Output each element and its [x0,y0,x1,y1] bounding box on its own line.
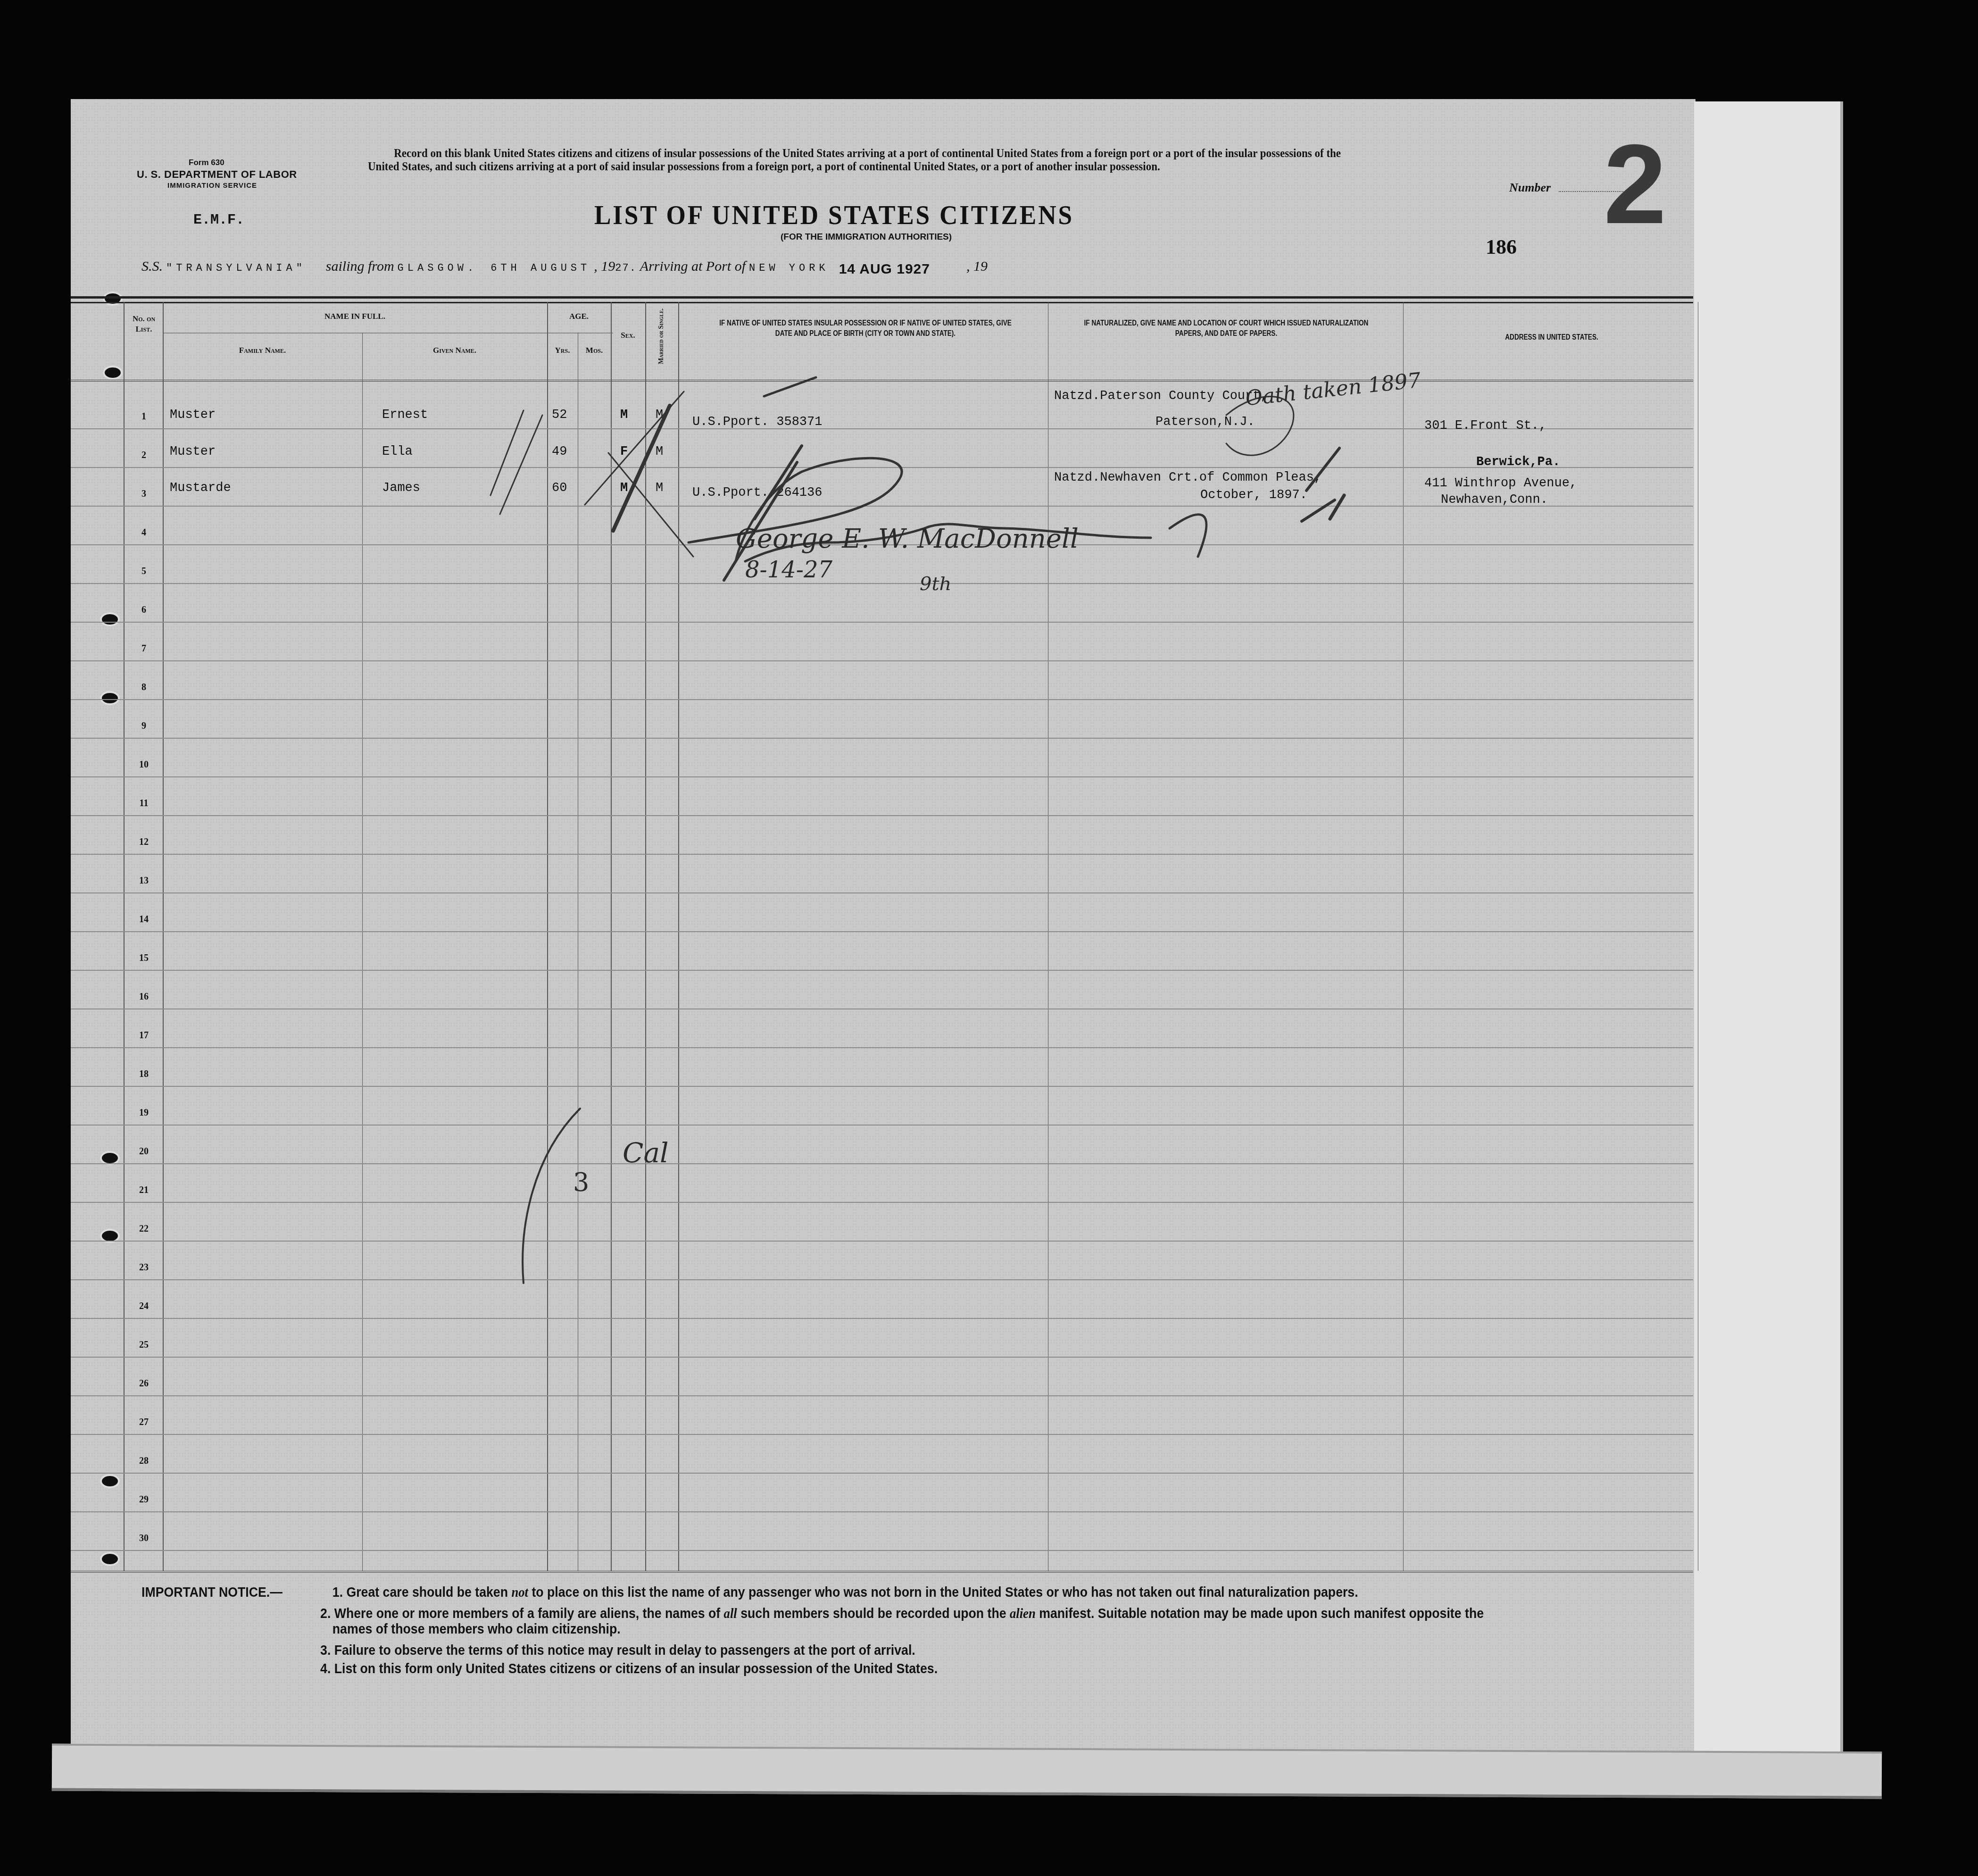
notice-emphasis: not [511,1585,528,1600]
notice-emphasis: alien [1010,1606,1036,1621]
notice-item-4: 4. List on this form only United States … [141,1661,1521,1677]
signature-date: 8-14-27 [745,557,832,583]
important-notice: IMPORTANT NOTICE.—1. Great care should b… [141,1585,1521,1677]
notice-emphasis: all [724,1606,737,1621]
notice-label: IMPORTANT NOTICE.— [141,1585,332,1601]
notice-item-3: 3. Failure to observe the terms of this … [141,1643,1521,1659]
signature-note: 9th [920,573,951,595]
notice-item-2: 2. Where one or more members of a family… [141,1606,1521,1637]
notice-text: Great care should be taken [346,1585,511,1600]
notice-item-number: 4. [320,1661,331,1676]
margin-note-count: 3 [573,1167,589,1197]
notice-text: to place on this list the name of any pa… [528,1585,1358,1600]
notice-text: List on this form only United States cit… [334,1661,938,1676]
margin-note-initials: Cal [623,1137,669,1169]
notice-text: Failure to observe the terms of this not… [334,1643,915,1658]
notice-item-number: 3. [320,1643,331,1658]
officer-signature: George E. W. MacDonnell [736,524,1079,554]
notice-text: Where one or more members of a family ar… [334,1606,724,1621]
notice-item-number: 2. [320,1606,331,1621]
notice-text: such members should be recorded upon the [737,1606,1010,1621]
notice-item-number: 1. [332,1585,343,1600]
notice-item-1: IMPORTANT NOTICE.—1. Great care should b… [141,1585,1521,1601]
